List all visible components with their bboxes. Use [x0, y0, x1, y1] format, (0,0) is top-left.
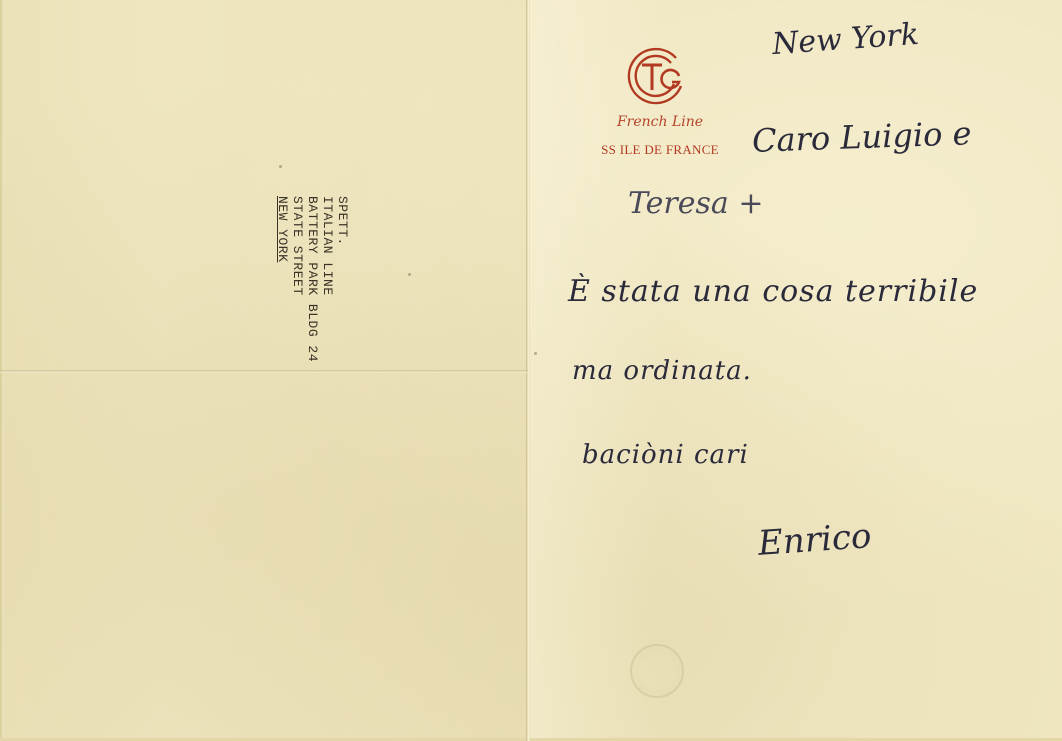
letter-body-line: ma ordinata.: [572, 356, 752, 386]
address-line-city: NEW YORK: [275, 196, 290, 396]
embossed-seal-icon: [630, 644, 684, 698]
typewritten-address: SPETT. ITALIAN LINE BATTERY PARK BLDG 24…: [250, 196, 350, 396]
letter-salutation: Caro Luigio e: [751, 114, 972, 160]
address-line: SPETT.: [335, 196, 350, 396]
letter-body-line: È stata una cosa terribile: [568, 274, 978, 309]
letter-salutation-cont: Teresa +: [628, 186, 763, 221]
letter-signature: Enrico: [757, 516, 873, 564]
letter-closing: baciòni cari: [582, 440, 749, 470]
address-line: ITALIAN LINE: [320, 196, 335, 396]
paper-speck: [534, 352, 537, 355]
ship-name: SS ILE DE FRANCE: [585, 142, 735, 158]
paper-speck: [408, 273, 411, 276]
address-line: STATE STREET: [290, 196, 305, 396]
cgt-monogram-icon: [624, 46, 686, 108]
address-line: BATTERY PARK BLDG 24: [305, 196, 320, 396]
brand-name: French Line: [610, 114, 710, 130]
paper-speck: [279, 165, 282, 168]
letter-sheet: SPETT. ITALIAN LINE BATTERY PARK BLDG 24…: [0, 0, 1062, 741]
